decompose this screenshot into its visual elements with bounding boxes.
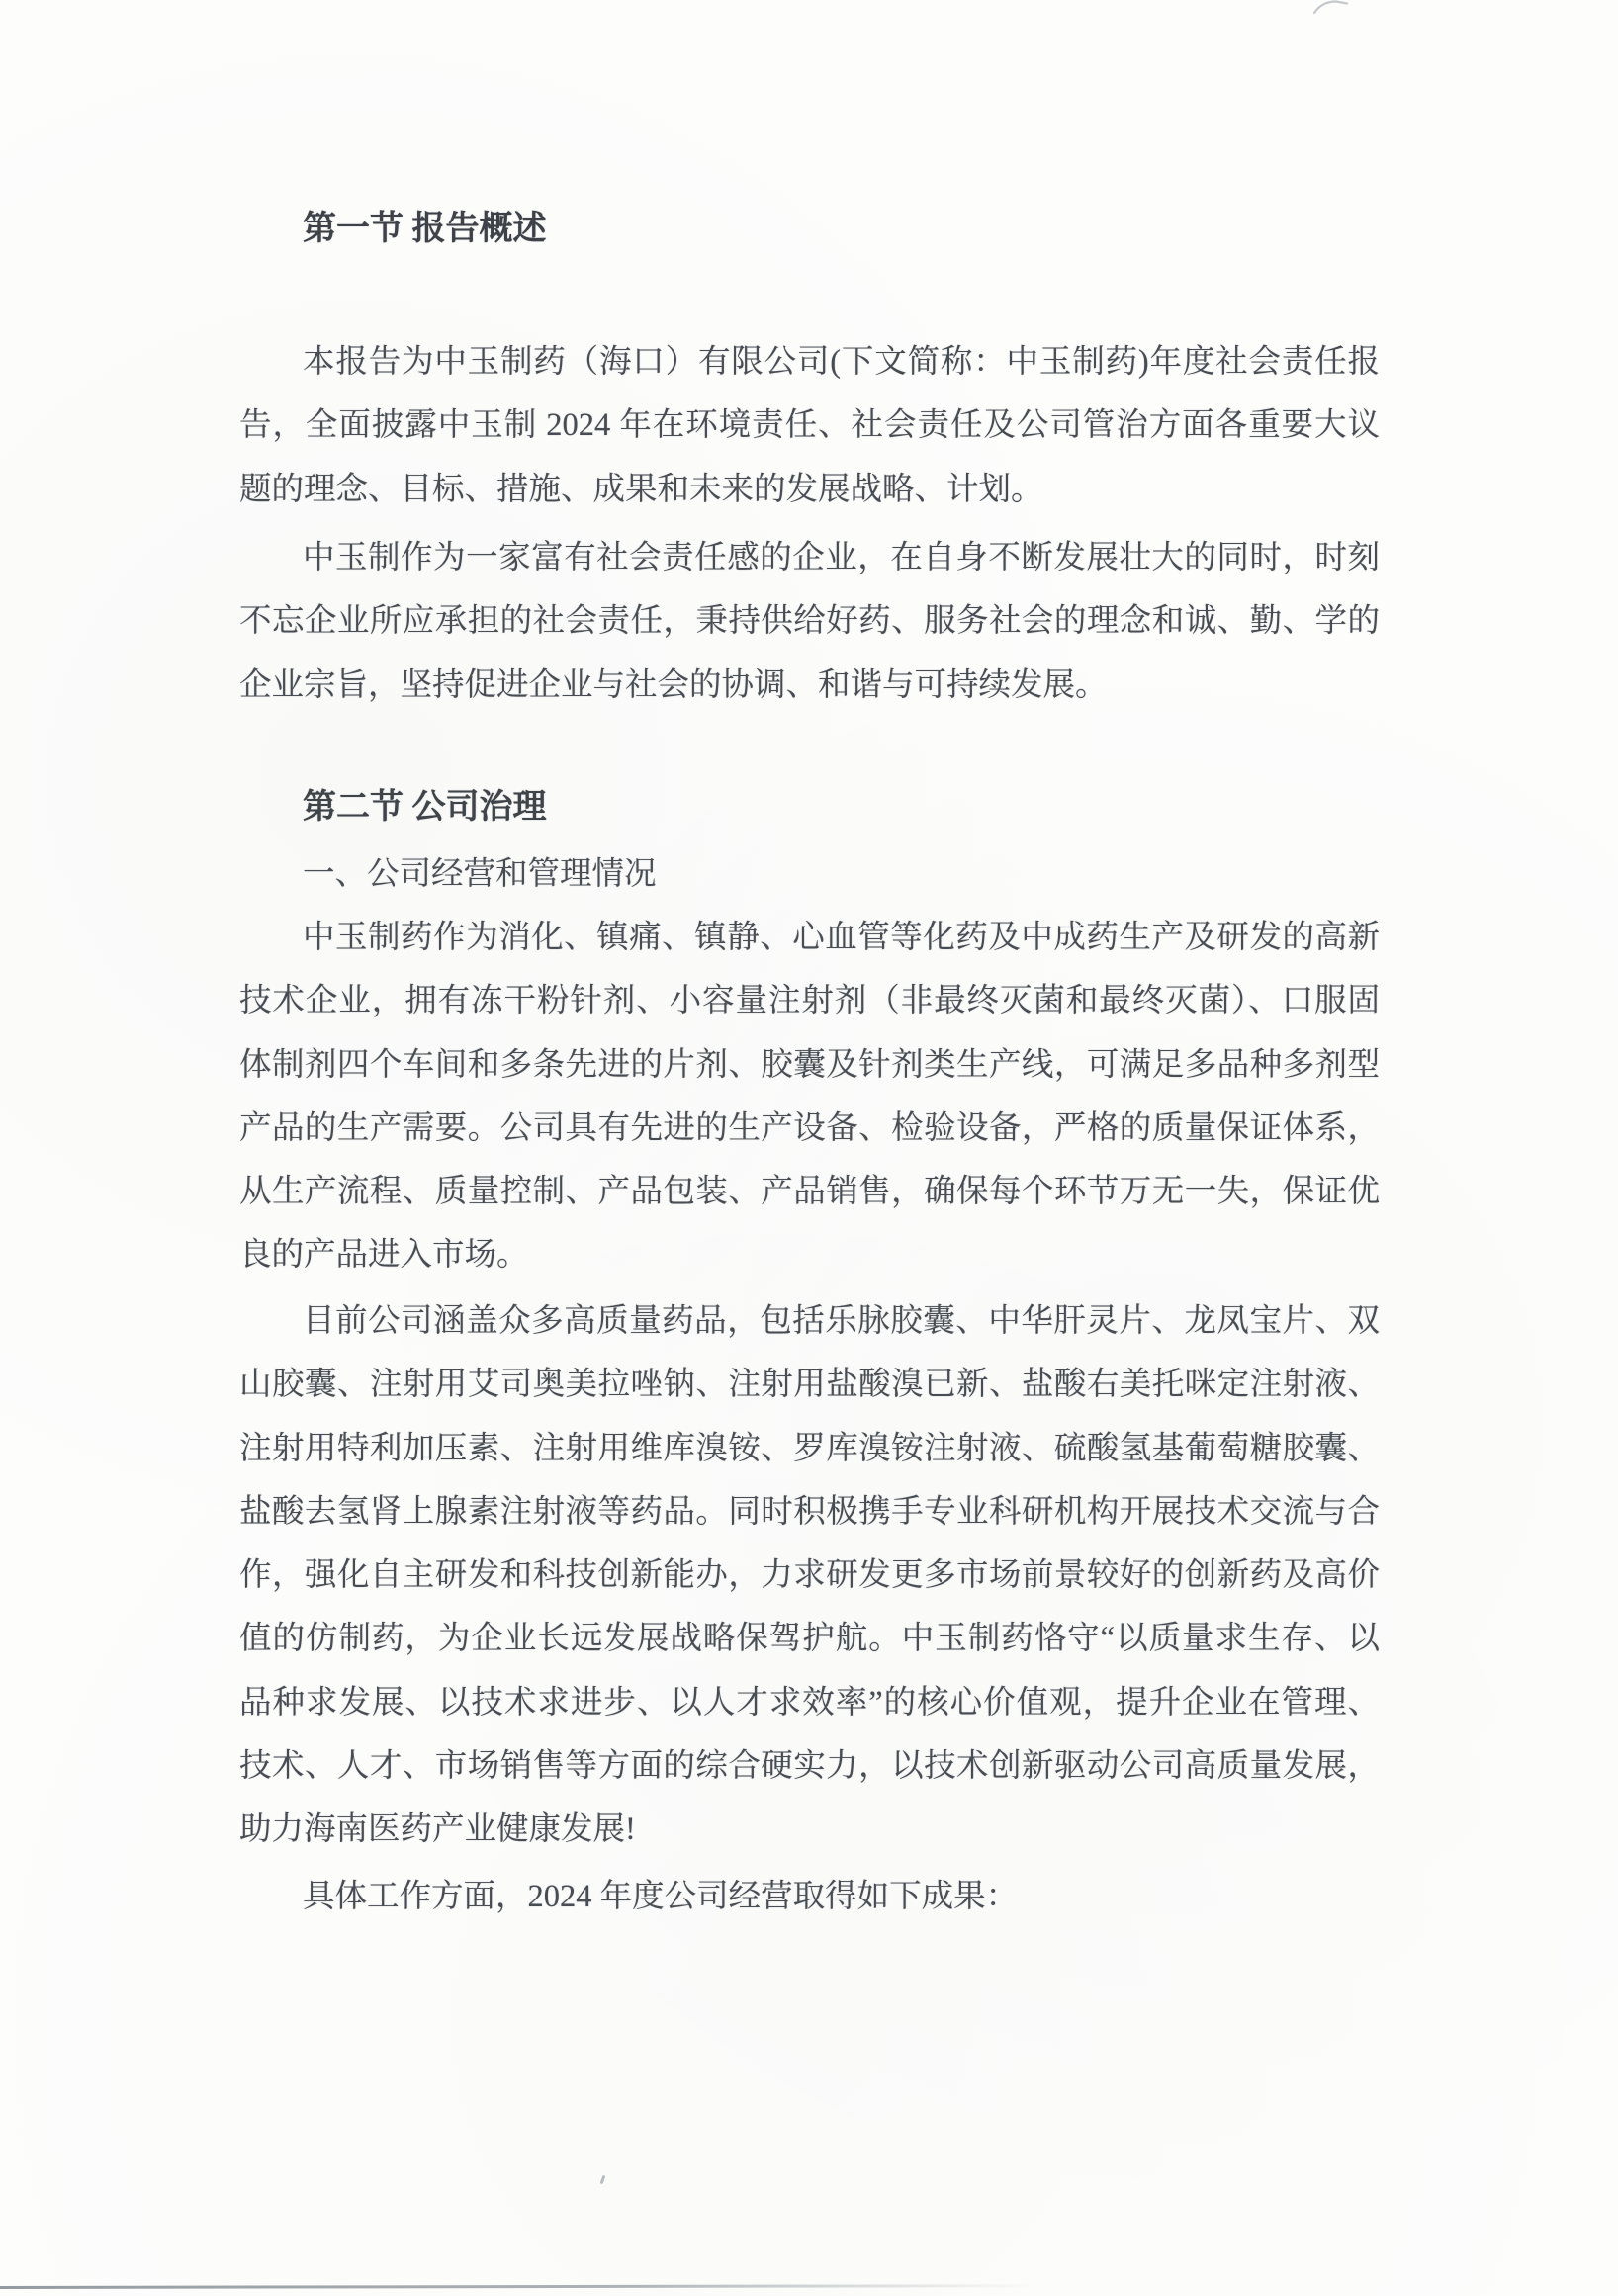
- paragraph-report-overview-2: 中玉制作为一家富有社会责任感的企业，在自身不断发展壮大的同时，时刻不忘企业所应承…: [239, 526, 1380, 717]
- scan-speck-artifact: [600, 2175, 606, 2184]
- text-line: 良的产品进入市场。: [239, 1223, 1380, 1286]
- text-line: 具体工作方面，2024 年度公司经营取得如下成果：: [239, 1865, 1380, 1928]
- text-line: 目前公司涵盖众多高质量药品，包括乐脉胶囊、中华肝灵片、龙凤宝片、双: [239, 1289, 1380, 1353]
- section-2-subheading: 一、公司经营和管理情况: [303, 842, 657, 906]
- text-line: 技术、人才、市场销售等方面的综合硬实力，以技术创新驱动公司高质量发展，: [239, 1734, 1380, 1798]
- text-line: 从生产流程、质量控制、产品包装、产品销售，确保每个环节万无一失，保证优: [239, 1160, 1380, 1223]
- text-line: 产品的生产需要。公司具有先进的生产设备、检验设备，严格的质量保证体系，: [239, 1097, 1380, 1160]
- text-line: 助力海南医药产业健康发展!: [239, 1798, 1380, 1861]
- text-line: 山胶囊、注射用艾司奥美拉唑钠、注射用盐酸溴已新、盐酸右美托咪定注射液、: [239, 1353, 1380, 1416]
- text-line: 盐酸去氢肾上腺素注射液等药品。同时积极携手专业科研机构开展技术交流与合: [239, 1480, 1380, 1544]
- text-line: 企业宗旨，坚持促进企业与社会的协调、和谐与可持续发展。: [239, 654, 1380, 717]
- section-1-heading: 第一节 报告概述: [303, 198, 547, 261]
- text-line: 品种求发展、以技术求进步、以人才求效率”的核心价值观，提升企业在管理、: [239, 1671, 1380, 1734]
- text-line: 中玉制药作为消化、镇痛、镇静、心血管等化药及中成药生产及研发的高新: [239, 906, 1380, 969]
- text-line: 告，全面披露中玉制 2024 年在环境责任、社会责任及公司管治方面各重要大议: [239, 394, 1380, 457]
- paragraph-report-overview-1: 本报告为中玉制药（海口）有限公司(下文简称：中玉制药)年度社会责任报告，全面披露…: [239, 330, 1380, 521]
- paragraph-product-portfolio: 目前公司涵盖众多高质量药品，包括乐脉胶囊、中华肝灵片、龙凤宝片、双山胶囊、注射用…: [239, 1289, 1380, 1862]
- text-line: 题的理念、目标、措施、成果和未来的发展战略、计划。: [239, 458, 1380, 521]
- text-line: 本报告为中玉制药（海口）有限公司(下文简称：中玉制药)年度社会责任报: [239, 330, 1380, 394]
- text-line: 中玉制作为一家富有社会责任感的企业，在自身不断发展壮大的同时，时刻: [239, 526, 1380, 589]
- text-line: 不忘企业所应承担的社会责任，秉持供给好药、服务社会的理念和诚、勤、学的: [239, 589, 1380, 653]
- text-line: 作，强化自主研发和科技创新能办，力求研发更多市场前景较好的创新药及高价: [239, 1544, 1380, 1607]
- scan-edge-line-artifact: [0, 2284, 1034, 2288]
- text-line: 注射用特利加压素、注射用维库溴铵、罗库溴铵注射液、硫酸氢基葡萄糖胶囊、: [239, 1417, 1380, 1480]
- text-line: 值的仿制药，为企业长远发展战略保驾护航。中玉制药恪守“以质量求生存、以: [239, 1607, 1380, 1670]
- pen-stroke-artifact: [1311, 0, 1355, 16]
- section-2-heading: 第二节 公司治理: [303, 776, 547, 839]
- document-page: 第一节 报告概述 本报告为中玉制药（海口）有限公司(下文简称：中玉制药)年度社会…: [0, 0, 1618, 2296]
- paragraph-company-operations: 中玉制药作为消化、镇痛、镇静、心血管等化药及中成药生产及研发的高新技术企业，拥有…: [239, 906, 1380, 1287]
- text-line: 技术企业，拥有冻干粉针剂、小容量注射剂（非最终灭菌和最终灭菌）、口服固: [239, 969, 1380, 1032]
- text-line: 体制剂四个车间和多条先进的片剂、胶囊及针剂类生产线，可满足多品种多剂型: [239, 1033, 1380, 1097]
- paragraph-results-intro: 具体工作方面，2024 年度公司经营取得如下成果：: [239, 1865, 1380, 1928]
